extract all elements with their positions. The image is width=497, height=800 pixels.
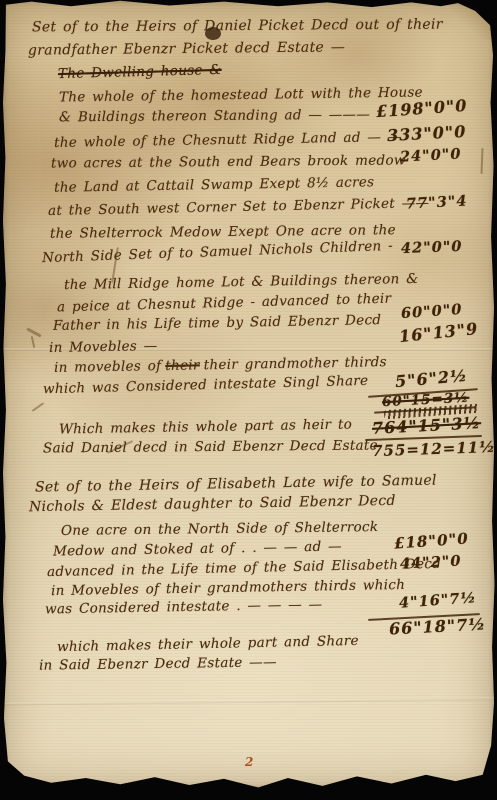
amount-value: 24"0"0 [400,145,462,165]
amount-value: 16"13"9 [398,319,479,346]
amount-value: 4"16"7½ [399,589,478,611]
manuscript-line: North Side Set of to Samuel Nichols Chil… [42,238,393,266]
ink-blot [205,27,221,40]
manuscript-line: Medow and Stoked at of . . — — ad — [53,538,342,559]
amount-value: 60"0"0 [400,301,463,322]
struck-word: their [165,357,200,374]
manuscript-line: the whole of the Chesnutt Ridge Land ad … [54,129,402,151]
amount-value: 44"2"0 [400,552,462,572]
manuscript-line: the Land at Cattail Swamp Exept 8½ acres [54,174,375,196]
amount-value: £18"0"0 [393,529,469,552]
manuscript-line: in Movebles of their grandmothers thirds… [51,577,405,599]
section-heading-line: Set of to the Heirs of Elisabeth Late wi… [35,472,437,495]
line-text: in movebles of [54,358,162,376]
manuscript-line: Said Daniel decd in Said Ebenzr Decd Est… [43,438,378,457]
ink-mark [26,327,42,337]
section-heading-line: Nichols & Eldest daughter to Said Ebenzr… [29,493,396,515]
manuscript-line: which makes their whole part and Share [57,633,359,655]
manuscript-line: was Considered intestate . — — — — [45,597,323,618]
amount-value: 77"3"4 [406,192,468,212]
line-text: their grandmother thirds [204,354,387,373]
amount-value: 66"18"7½ [389,614,487,638]
manuscript-line: in Movebles — [49,338,158,356]
amount-value: 5"6"2½ [394,366,468,391]
amount-value: 333"0"0 [387,122,467,145]
amount-value: 755=12=11½ [372,438,496,460]
ink-mark [481,148,484,174]
manuscript-line: two acres at the South end Bears brook m… [51,152,406,171]
ink-mark [32,402,45,412]
manuscript-line: a peice at Chesnut Ridge - advanced to t… [57,291,392,316]
manuscript-line: The whole of the homestead Lott with the… [59,84,423,105]
manuscript-line: Father in his Life time by Said Ebenzr D… [53,312,382,334]
section-heading-line: grandfather Ebenzr Picket decd Estate — [28,39,345,58]
manuscript-line: the Mill Ridge home Lot & Buildings ther… [64,271,419,293]
paper-crease [2,697,495,705]
amount-value: 42"0"0 [401,238,463,257]
manuscript-line: Which makes this whole part as heir to [59,416,352,437]
manuscript-line: in Said Ebenzr Decd Estate —— [39,654,277,673]
struck-heading: The Dwelling house & [58,62,222,82]
section-heading-line: Set of to the Heirs of Daniel Picket Dec… [32,17,443,36]
manuscript-line: at the South west Corner Set to Ebenzr P… [48,195,430,219]
manuscript-paper: Set of to the Heirs of Daniel Picket Dec… [2,0,495,789]
photo-backdrop: { "colors": { "ink": "#4a2b0e", "paper":… [0,0,497,800]
manuscript-line: & Buildings thereon Standing ad — ——— [59,107,370,126]
paper-fold-corner [447,0,493,40]
ink-mark [31,336,35,348]
manuscript-line: which was Considered intestate Singl Sha… [43,373,369,398]
manuscript-line: One acre on the North Side of Shelterroc… [61,519,379,539]
page-number: 2 [245,755,253,769]
